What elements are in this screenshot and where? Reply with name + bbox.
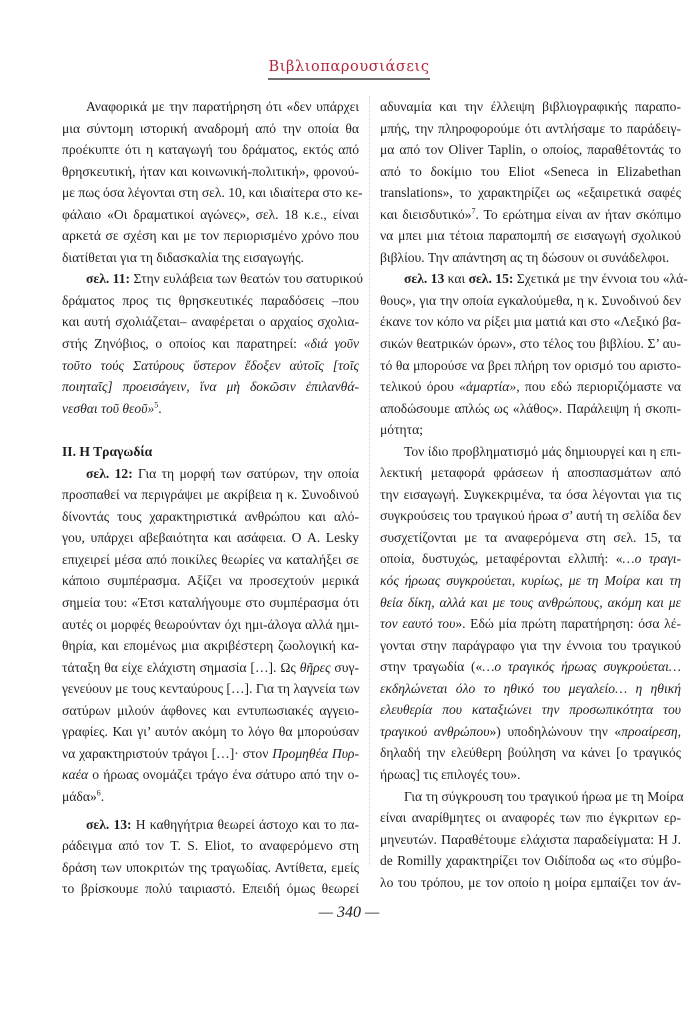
page-ref-label: σελ. 13: [86,817,132,832]
right-column: αδυναμία και την έλλειψη βιβλιογραφικής … [380,96,681,893]
left-column: Αναφορικά με την παρατήρηση ότι «δεν υπά… [62,96,359,900]
section-heading: ΙΙ. Η Τραγωδία [62,441,359,463]
section-title: Βιβλιοπαρουσιάσεις [268,59,429,80]
paragraph-page-12: σελ. 12: Για τη μορφή των σατύρων, την ο… [62,463,359,808]
paragraph-page-13: σελ. 13: Η καθηγήτρια θεωρεί άστοχο και … [62,814,359,900]
paragraph-continuation: αδυναμία και την έλλειψη βιβλιογραφικής … [380,96,681,268]
paragraph-selective-transfer: Τον ίδιο προβληματισμό μάς δημιουργεί κα… [380,441,681,786]
page-ref-label: σελ. 11: [86,271,130,286]
page-ref-label: σελ. 13 [404,271,444,286]
page-ref-label: σελ. 12: [86,466,133,481]
column-divider [369,96,370,866]
paragraph-intro: Αναφορικά με την παρατήρηση ότι «δεν υπά… [62,96,359,268]
paragraph-pages-13-15: σελ. 13 και σελ. 15: Σχετικά με την έννο… [380,268,681,440]
page-ref-label: σελ. 15: [469,271,514,286]
page-number: — 340 — [0,904,698,922]
paragraph-fate: Για τη σύγκρουση του τραγικού ήρωα με τη… [380,786,681,894]
running-header: Βιβλιοπαρουσιάσεις [0,58,698,80]
paragraph-page-11: σελ. 11: Στην ευλάβεια των θεατών του σα… [62,268,359,419]
